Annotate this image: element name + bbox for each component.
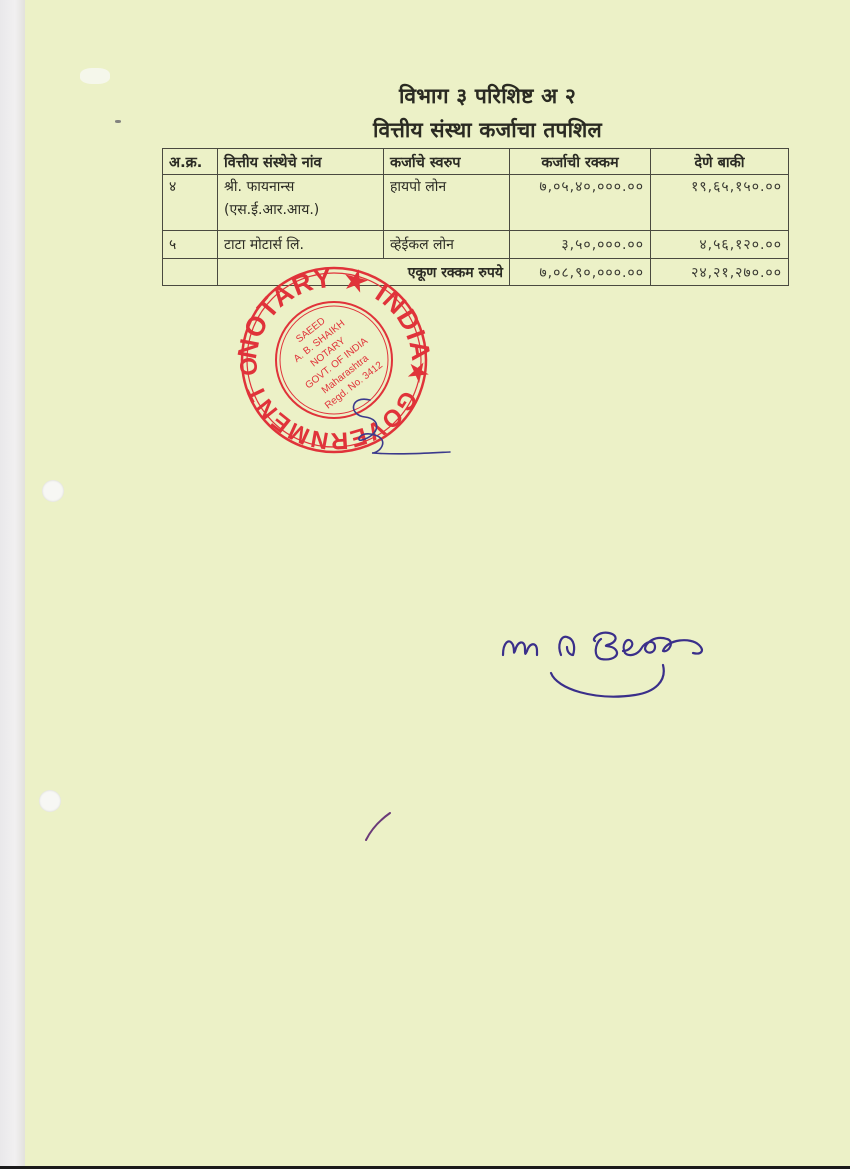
total-loan-amount: ७,०८,९०,०००.००: [510, 259, 651, 286]
punch-hole-top: [42, 480, 64, 502]
notary-signature: [340, 385, 460, 464]
document-subtitle: वित्तीय संस्था कर्जाचा तपशिल: [0, 116, 850, 144]
cell-loan-type: व्हेईकल लोन: [384, 231, 510, 259]
cell-balance-due: ४,५६,१२०.००: [651, 231, 789, 259]
cell-institution-name: टाटा मोटार्स लि.: [218, 231, 384, 259]
table-row: ५ टाटा मोटार्स लि. व्हेईकल लोन ३,५०,०००.…: [163, 231, 789, 259]
cell-loan-amount: ७,०५,४०,०००.००: [510, 175, 651, 231]
header-loan-amount: कर्जाची रक्कम: [510, 149, 651, 175]
signature-scribble-icon: [340, 385, 460, 460]
pen-stroke-icon: [360, 810, 410, 850]
institution-name-line2: (एस.ई.आर.आय.): [224, 200, 377, 219]
cell-balance-due: १९,६५,१५०.००: [651, 175, 789, 231]
cell-serial-no: ४: [163, 175, 218, 231]
header-loan-type: कर्जाचे स्वरुप: [384, 149, 510, 175]
cell-serial-no: ५: [163, 231, 218, 259]
header-balance-due: देणे बाकी: [651, 149, 789, 175]
cell-loan-type: हायपो लोन: [384, 175, 510, 231]
stray-pen-mark: [360, 810, 410, 854]
table-header-row: अ.क्र. वित्तीय संस्थेचे नांव कर्जाचे स्व…: [163, 149, 789, 175]
cell-loan-amount: ३,५०,०००.००: [510, 231, 651, 259]
signature-handwriting-icon: [495, 615, 715, 710]
header-serial-no: अ.क्र.: [163, 149, 218, 175]
total-balance-due: २४,२१,२७०.००: [651, 259, 789, 286]
punch-hole-bottom: [39, 790, 61, 812]
document-title: विभाग ३ परिशिष्ट अ २: [0, 82, 850, 110]
table-row: ४ श्री. फायनान्स (एस.ई.आर.आय.) हायपो लोन…: [163, 175, 789, 231]
cell-empty: [163, 259, 218, 286]
institution-name-line1: श्री. फायनान्स: [224, 177, 377, 196]
scanner-edge: [0, 0, 25, 1169]
header-institution-name: वित्तीय संस्थेचे नांव: [218, 149, 384, 175]
cell-institution-name: श्री. फायनान्स (एस.ई.आर.आय.): [218, 175, 384, 231]
applicant-signature: [495, 615, 715, 714]
